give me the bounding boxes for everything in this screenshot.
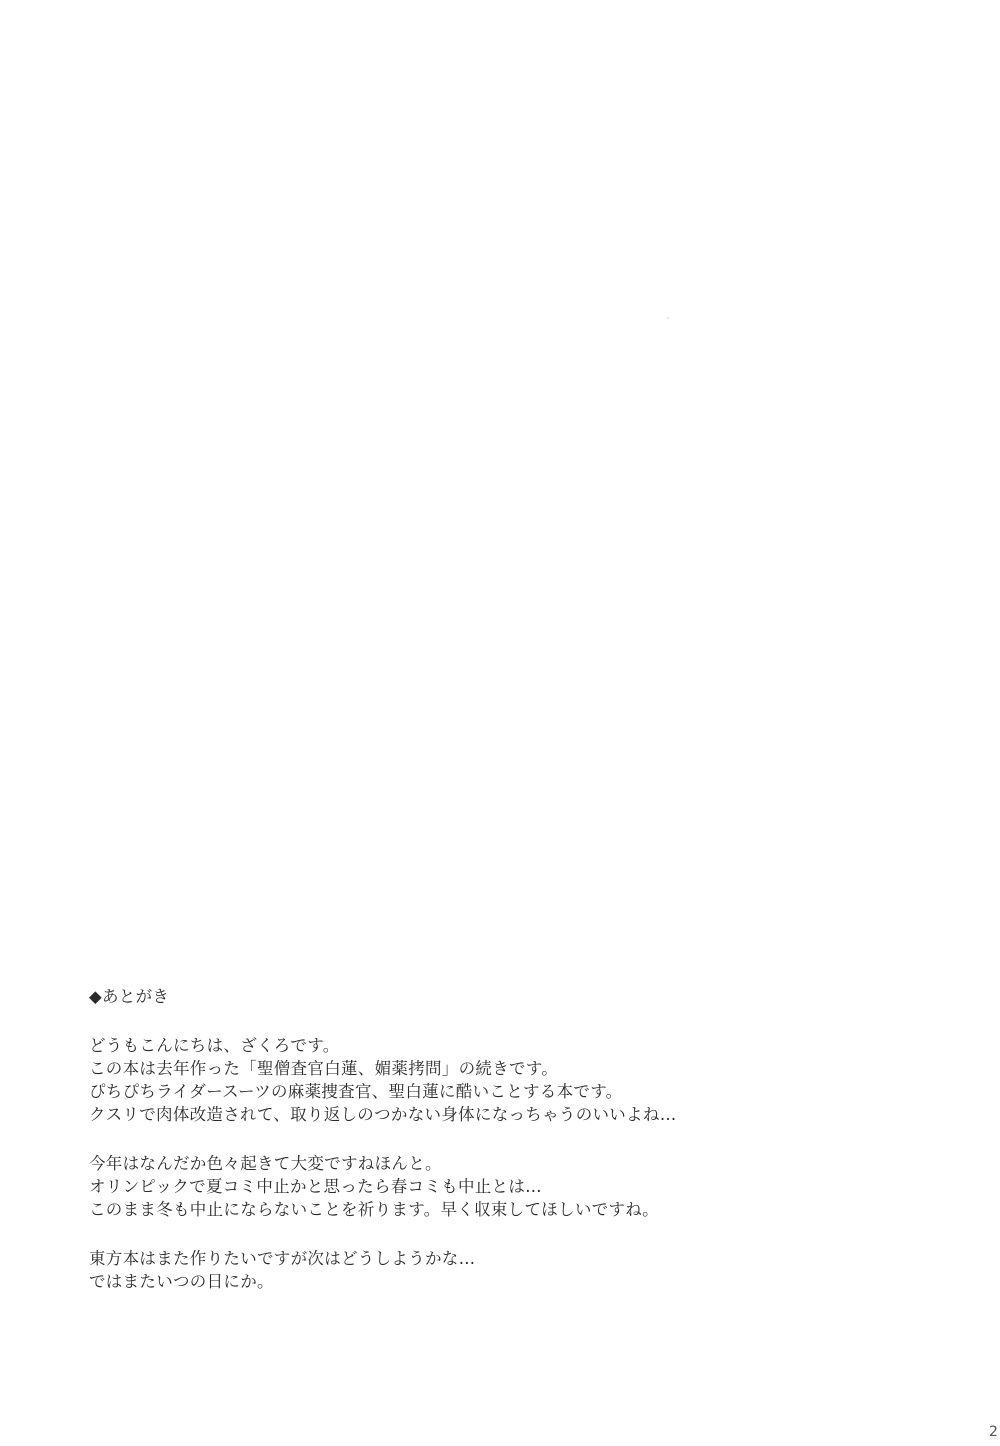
scan-speck bbox=[667, 317, 669, 319]
spacer bbox=[89, 1221, 969, 1247]
text-line: このまま冬も中止にならないことを祈ります。早く収束してほしいですね。 bbox=[89, 1198, 969, 1221]
spacer bbox=[89, 1008, 969, 1034]
spacer bbox=[89, 1126, 969, 1152]
text-line: ではまたいつの日にか。 bbox=[89, 1270, 969, 1293]
afterword-heading: ◆あとがき bbox=[89, 985, 969, 1008]
paragraph-closing: 東方本はまた作りたいですが次はどうしようかな… ではまたいつの日にか。 bbox=[89, 1247, 969, 1293]
text-line: ぴちぴちライダースーツの麻薬捜査官、聖白蓮に酷いことする本です。 bbox=[89, 1080, 969, 1103]
paragraph-greeting: どうもこんにちは、ざくろです。 この本は去年作った「聖僧査官白蓮、媚薬拷問」の続… bbox=[89, 1034, 969, 1126]
paragraph-this-year: 今年はなんだか色々起きて大変ですねほんと。 オリンピックで夏コミ中止かと思ったら… bbox=[89, 1152, 969, 1221]
page-number: 2 bbox=[989, 1424, 998, 1440]
text-line: 東方本はまた作りたいですが次はどうしようかな… bbox=[89, 1247, 969, 1270]
text-line: クスリで肉体改造されて、取り返しのつかない身体になっちゃうのいいよね… bbox=[89, 1103, 969, 1126]
text-line: どうもこんにちは、ざくろです。 bbox=[89, 1034, 969, 1057]
afterword-section: ◆あとがき どうもこんにちは、ざくろです。 この本は去年作った「聖僧査官白蓮、媚… bbox=[89, 985, 969, 1293]
text-line: 今年はなんだか色々起きて大変ですねほんと。 bbox=[89, 1152, 969, 1175]
text-line: オリンピックで夏コミ中止かと思ったら春コミも中止とは… bbox=[89, 1175, 969, 1198]
text-line: この本は去年作った「聖僧査官白蓮、媚薬拷問」の続きです。 bbox=[89, 1057, 969, 1080]
document-page: ◆あとがき どうもこんにちは、ざくろです。 この本は去年作った「聖僧査官白蓮、媚… bbox=[0, 0, 1000, 1446]
